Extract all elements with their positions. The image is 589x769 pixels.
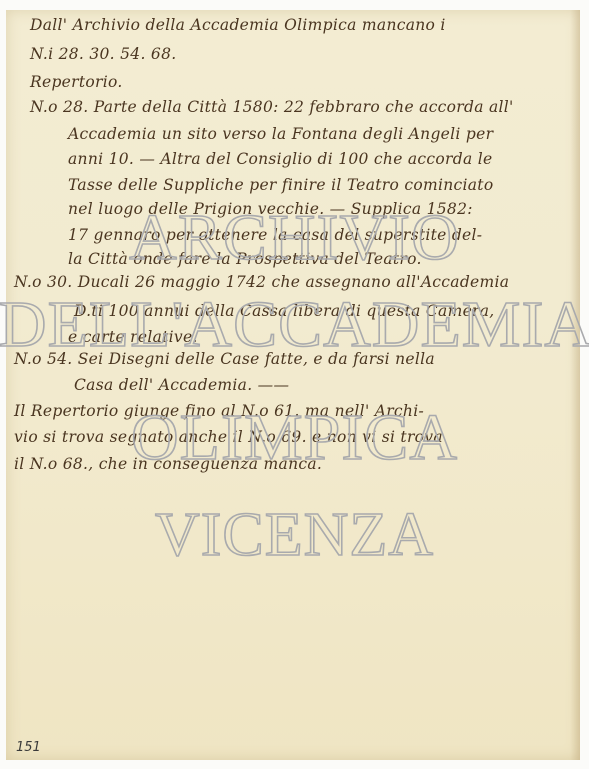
text-line-13: e carte relative. <box>68 328 198 346</box>
text-line-3: Repertorio. <box>30 73 123 91</box>
text-line-17: vio si trova segnato anche il N.o 69. e … <box>14 428 443 446</box>
text-line-2: N.i 28. 30. 54. 68. <box>30 45 176 63</box>
text-line-4: N.o 28. Parte della Città 1580: 22 febbr… <box>30 98 514 116</box>
text-line-10: la Città onde fare la Prospettiva del Te… <box>68 250 422 268</box>
text-line-1: Dall' Archivio della Accademia Olimpica … <box>30 16 446 34</box>
page-number: 151 <box>16 740 41 755</box>
text-line-14: N.o 54. Sei Disegni delle Case fatte, e … <box>14 350 435 368</box>
text-line-18: il N.o 68., che in conseguenza manca. <box>14 455 322 473</box>
text-line-8: nel luogo delle Prigion vecchie. — Suppl… <box>68 200 473 218</box>
text-line-5: Accademia un sito verso la Fontana degli… <box>68 125 493 143</box>
text-line-9: 17 gennaro per ottenere la casa del supe… <box>68 226 482 244</box>
text-line-6: anni 10. — Altra del Consiglio di 100 ch… <box>68 150 492 168</box>
text-line-16: Il Repertorio giunge fino al N.o 61. ma … <box>14 402 424 420</box>
text-line-15: Casa dell' Accademia. —— <box>74 376 289 394</box>
text-line-11: N.o 30. Ducali 26 maggio 1742 che assegn… <box>14 273 509 291</box>
text-line-12: D.ti 100 annui della Cassa libera di que… <box>74 302 495 320</box>
text-line-7: Tasse delle Suppliche per finire il Teat… <box>68 176 493 194</box>
